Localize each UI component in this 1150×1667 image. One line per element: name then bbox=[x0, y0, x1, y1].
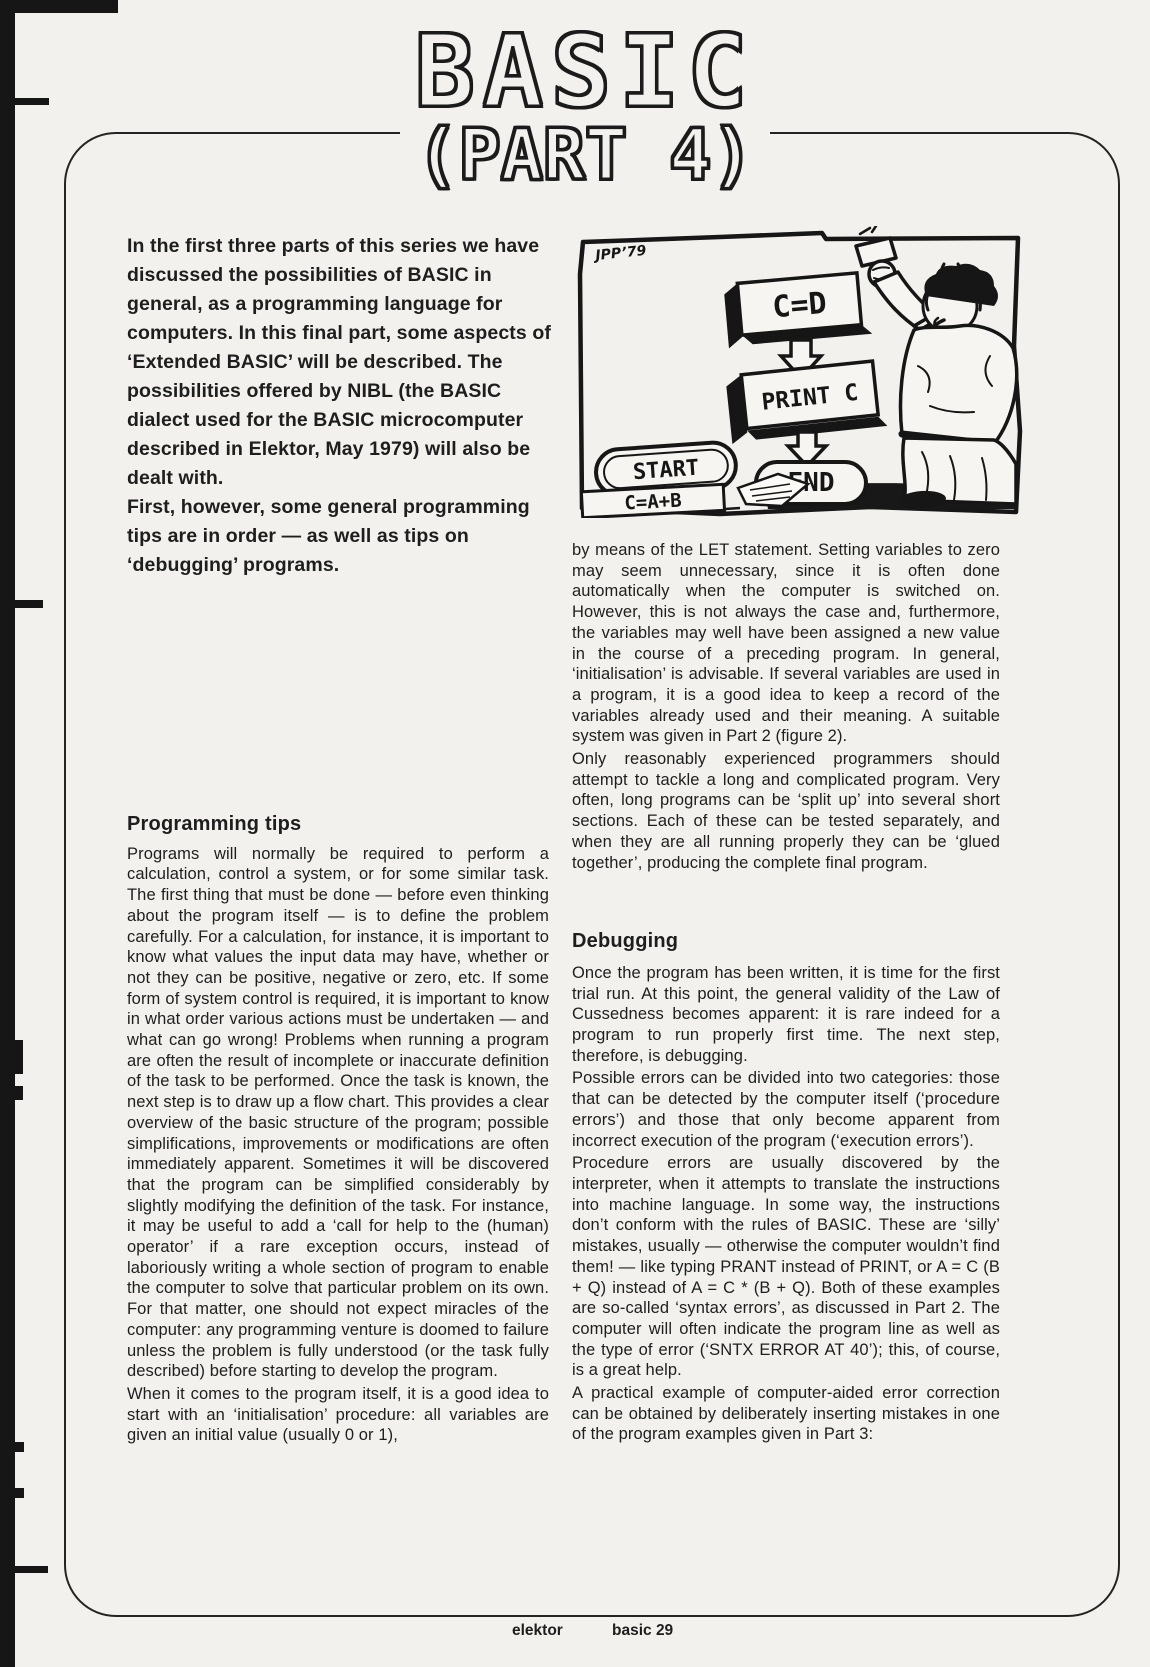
lead-paragraph: In the first three parts of this series … bbox=[127, 232, 555, 493]
scan-edge-top bbox=[0, 0, 118, 13]
registration-mark bbox=[0, 1040, 23, 1074]
body-paragraph: Programs will normally be required to pe… bbox=[127, 844, 549, 1382]
body-paragraph: When it comes to the program itself, it … bbox=[127, 1384, 549, 1446]
sign-label-cd: C=D bbox=[771, 286, 828, 326]
footer-brand: elektor bbox=[512, 1622, 563, 1640]
sign-label-cab: C=A+B bbox=[624, 490, 682, 515]
flowchart-sign-cab: C=A+B bbox=[581, 484, 724, 517]
section-heading-programming-tips: Programming tips bbox=[127, 814, 549, 835]
title-line-2: (PART 4) bbox=[400, 118, 769, 196]
registration-mark bbox=[0, 1442, 24, 1452]
sign-label-start: START bbox=[632, 456, 700, 486]
title-line-1: BASIC bbox=[340, 26, 830, 118]
lead-paragraph: First, however, some general programming… bbox=[127, 493, 555, 580]
binding-edge bbox=[0, 0, 15, 1667]
registration-mark bbox=[13, 600, 43, 608]
body-paragraph: Once the program has been written, it is… bbox=[572, 963, 1000, 1067]
article-title: BASIC (PART 4) bbox=[340, 26, 830, 196]
registration-mark bbox=[0, 1086, 23, 1100]
programmer-figure bbox=[856, 226, 1017, 511]
registration-mark bbox=[0, 1488, 24, 1498]
body-paragraph: A practical example of computer-aided er… bbox=[572, 1383, 1000, 1445]
right-column: by means of the LET statement. Setting v… bbox=[572, 540, 1000, 1445]
cartoon-illustration: JPP’79 C=D PRINT C bbox=[570, 226, 1028, 518]
footer-page-label: basic 29 bbox=[612, 1622, 673, 1640]
body-paragraph: Procedure errors are usually discovered … bbox=[572, 1153, 1000, 1381]
registration-mark bbox=[13, 98, 49, 105]
body-paragraph: Only reasonably experienced programmers … bbox=[572, 749, 1000, 873]
flowchart-sign-cd: C=D bbox=[723, 272, 872, 348]
lead-paragraphs: In the first three parts of this series … bbox=[127, 232, 555, 580]
body-paragraph: Possible errors can be divided into two … bbox=[572, 1068, 1000, 1151]
artist-signature: JPP’79 bbox=[592, 243, 648, 265]
left-column: Programming tips Programs will normally … bbox=[127, 814, 549, 1446]
section-heading-debugging: Debugging bbox=[572, 931, 1000, 952]
body-paragraph: by means of the LET statement. Setting v… bbox=[572, 540, 1000, 747]
magazine-page: BASIC (PART 4) In the first three parts … bbox=[0, 0, 1150, 1667]
registration-mark bbox=[0, 1566, 48, 1573]
